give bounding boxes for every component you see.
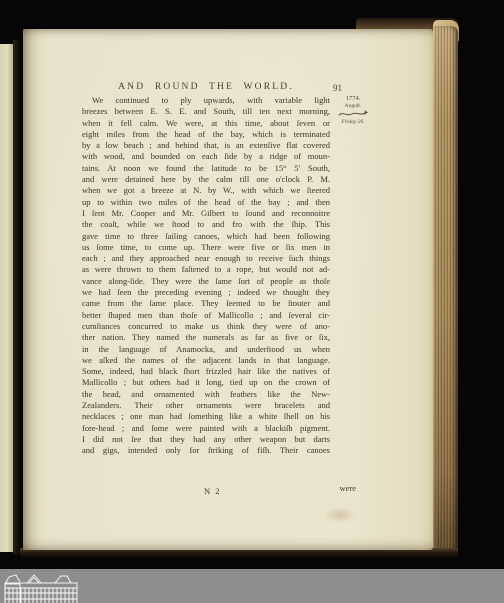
body-line: each ; and they approached near enough t… bbox=[82, 253, 330, 264]
body-line: ther nation. They named the numerals as … bbox=[82, 332, 330, 343]
signature-mark: N 2 bbox=[204, 486, 221, 496]
library-building-logo bbox=[3, 572, 79, 603]
catchword: were bbox=[339, 483, 356, 493]
margin-note: 1774. Auguſt. Friday 26. bbox=[326, 95, 380, 125]
body-line: we aſked the names of the adjacent lands… bbox=[82, 355, 330, 366]
margin-note-month: Auguſt. bbox=[326, 103, 380, 109]
body-line: by a low beach ; and behind that, is an … bbox=[82, 140, 330, 151]
body-line: we had ſeen the preceding evening ; inde… bbox=[82, 287, 330, 298]
running-title: AND ROUND THE WORLD. bbox=[82, 82, 330, 92]
body-line: fore-head ; and ſome were painted with a… bbox=[82, 423, 330, 434]
page-stain bbox=[323, 507, 357, 523]
body-line: better ſhaped men than thoſe of Mallicol… bbox=[82, 310, 330, 321]
body-line: when it fell calm. We were, at this time… bbox=[82, 118, 330, 129]
body-line: us ſome time, to come up. There were fiv… bbox=[82, 242, 330, 253]
margin-note-day: Friday 26. bbox=[326, 119, 380, 125]
facing-page-edge bbox=[0, 44, 13, 552]
brace-squiggle-icon bbox=[338, 110, 368, 118]
body-line: breezes between E. S. E. and South, till… bbox=[82, 106, 330, 117]
body-line: with wood, and bounded on each ſide by a… bbox=[82, 151, 330, 162]
body-line: in the language of Anamocka, and underſt… bbox=[82, 344, 330, 355]
body-line: Mallicollo ; but others had it long, tie… bbox=[82, 377, 330, 388]
margin-note-year: 1774. bbox=[326, 95, 380, 102]
signature-line: N 2 were bbox=[82, 483, 330, 497]
body-line: eight miles from the head of the bay, wh… bbox=[82, 129, 330, 140]
body-line: up to within two miles of the head of th… bbox=[82, 197, 330, 208]
watermark-band bbox=[0, 569, 504, 603]
body-line: I ſent Mr. Cooper and Mr. Gilbert to ſou… bbox=[82, 208, 330, 219]
body-line: Some, indeed, had black ſhort frizzled h… bbox=[82, 366, 330, 377]
body-line: vance along-ſide. They were the ſame ſor… bbox=[82, 276, 330, 287]
book-page: AND ROUND THE WORLD. 91 1774. Auguſt. Fr… bbox=[23, 29, 433, 550]
body-line: when we got a breeze at N. by W., with w… bbox=[82, 185, 330, 196]
fore-edge bbox=[433, 26, 458, 552]
body-line: tains. At noon we found the latitude to … bbox=[82, 163, 330, 174]
body-line: and gigs, intended only for ſtriking of … bbox=[82, 445, 330, 456]
body-text: We continued to ply upwards, with variab… bbox=[82, 95, 330, 457]
body-line: I did not ſee that they had any other we… bbox=[82, 434, 330, 445]
body-line: cumſtances concurred to make us think th… bbox=[82, 321, 330, 332]
book-photo: AND ROUND THE WORLD. 91 1774. Auguſt. Fr… bbox=[0, 0, 504, 603]
body-line: We continued to ply upwards, with variab… bbox=[82, 95, 330, 106]
page-number: 91 bbox=[333, 83, 342, 93]
body-line: the coaſt, while we ſtood to and fro wit… bbox=[82, 219, 330, 230]
body-line: as were thrown to them faſtened to a rop… bbox=[82, 264, 330, 275]
body-line: Zealanders. Their other ornaments were b… bbox=[82, 400, 330, 411]
body-line: came from the ſame place. They ſeemed to… bbox=[82, 298, 330, 309]
body-line: and were detained here by the calm till … bbox=[82, 174, 330, 185]
body-line: the head, and ornamented with feathers l… bbox=[82, 389, 330, 400]
body-line: necklaces ; one man had ſomething like a… bbox=[82, 411, 330, 422]
body-line: gave time to three ſailing canoes, which… bbox=[82, 231, 330, 242]
